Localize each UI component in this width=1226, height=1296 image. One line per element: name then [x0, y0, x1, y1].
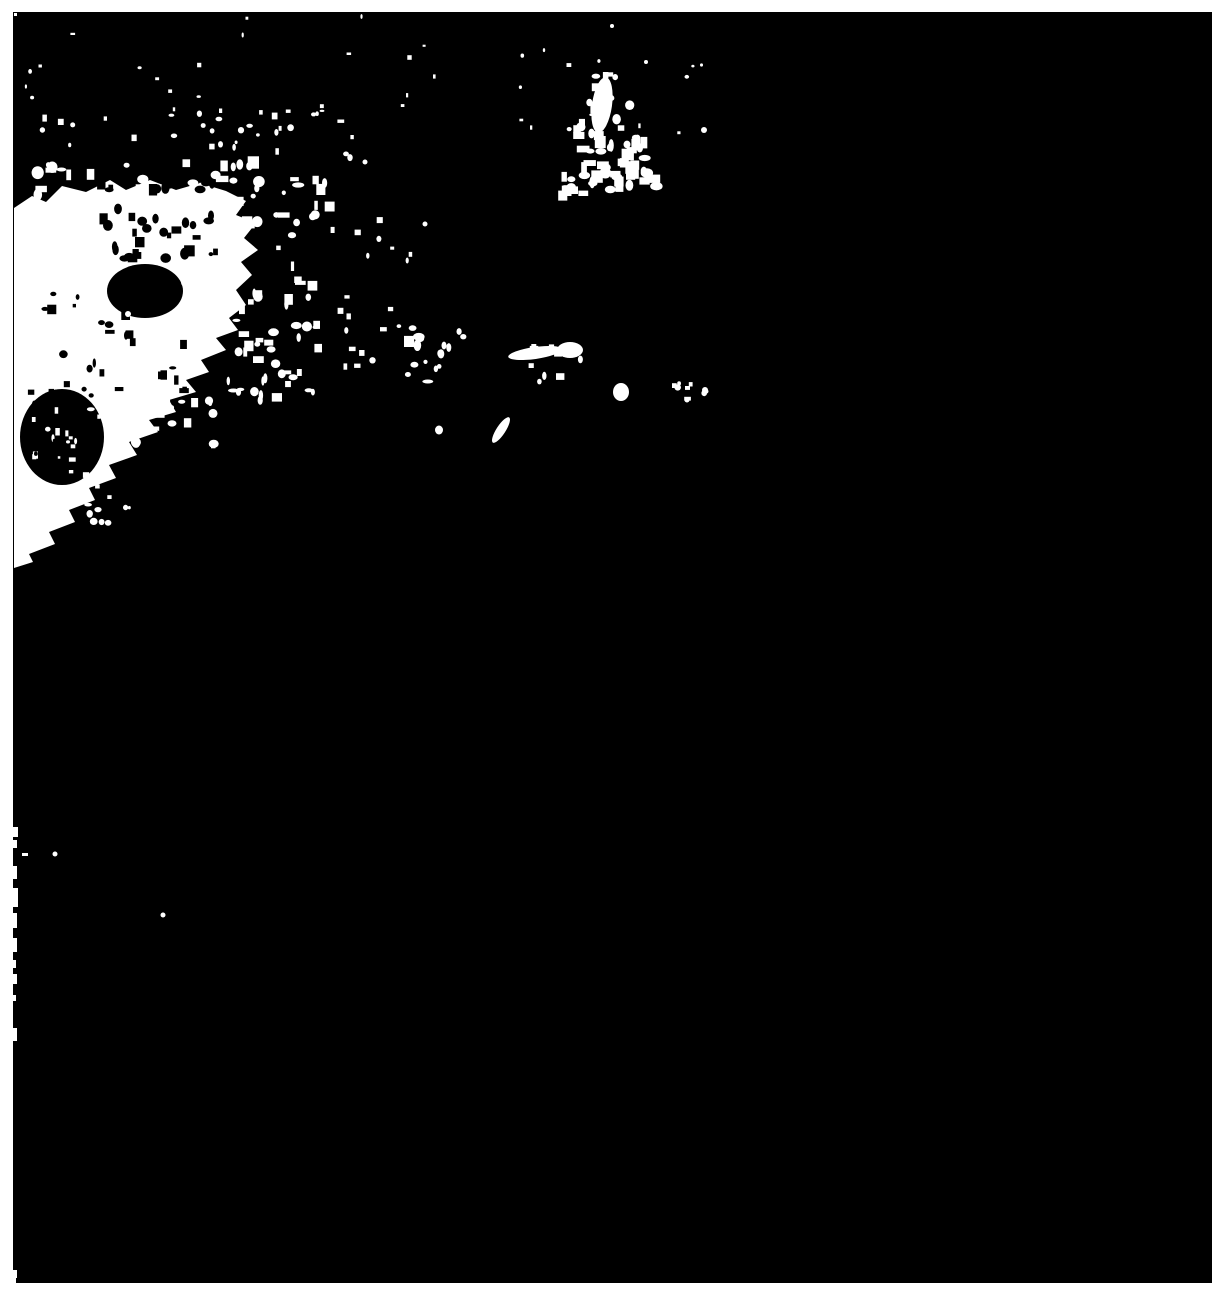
ear-band-base: [600, 168, 612, 179]
ear-band-base: [626, 170, 635, 180]
top-speckle-band: [40, 127, 45, 132]
cheek-cluster-ragged: [28, 390, 34, 395]
fur-fringe-inner: [258, 396, 263, 405]
top-speckle-band: [256, 133, 260, 136]
ear-band-3: [639, 155, 651, 161]
muzzle-left-cluster: [457, 328, 462, 335]
ear-band-3: [595, 136, 606, 148]
ear-fringe-speckle: [597, 59, 600, 63]
below-face-fringe-b: [107, 495, 111, 499]
below-face-fringe-b: [46, 510, 51, 513]
ear-band-2: [588, 129, 594, 139]
whisker-dot: [435, 426, 443, 435]
fur-holes-upper: [160, 253, 171, 263]
fur-fringe-outer: [349, 347, 356, 351]
fur-holes-lower: [59, 350, 68, 358]
below-face-fringe-a: [117, 429, 122, 435]
fur-fringe-inner: [313, 321, 320, 329]
left-frame-nibs: [13, 913, 17, 928]
mottle-band: [124, 163, 130, 168]
fur-fringe-inner: [271, 359, 280, 368]
muzzle-left-cluster: [460, 334, 466, 339]
cheek-cluster-specks: [69, 470, 73, 473]
muzzle-left-cluster: [437, 364, 442, 369]
below-face-fringe-b: [128, 506, 131, 509]
mottle-band: [146, 205, 154, 211]
cheek-cluster-specks: [69, 436, 73, 439]
fur-fringe-inner: [255, 294, 263, 300]
fur-fringe-inner: [311, 210, 320, 219]
top-sparse-speckle: [423, 45, 426, 47]
below-face-fringe-a: [209, 440, 219, 448]
below-face-fringe-b: [39, 500, 46, 506]
top-speckle-band: [275, 148, 279, 155]
top-speckle-band: [201, 123, 206, 128]
below-face-fringe-a: [118, 398, 125, 406]
fur-holes-upper: [172, 226, 182, 233]
left-edge-trail: [26, 493, 30, 495]
muzzle-left-cluster: [422, 380, 433, 384]
fur-holes-lower: [87, 365, 93, 373]
fur-fringe-outer: [397, 324, 402, 328]
cheek-cluster-specks: [97, 415, 100, 419]
top-speckle-band: [272, 113, 278, 120]
mottle-band: [290, 177, 299, 181]
top-speckle-band: [279, 126, 282, 131]
left-frame-nibs: [13, 995, 16, 1001]
top-sparse-speckle: [39, 65, 42, 68]
top-sparse-speckle: [30, 96, 34, 100]
eye-lower-glint: [125, 311, 131, 317]
ear-band-2: [612, 114, 621, 124]
ear-fringe-speckle: [589, 114, 593, 116]
cheek-cluster-ragged: [53, 439, 56, 443]
ear-fringe-speckle: [543, 48, 545, 52]
fur-holes-lower: [169, 366, 176, 369]
cheek-cluster-ragged: [49, 389, 54, 393]
top-speckle-band: [218, 141, 223, 147]
eye-edge-glint: [181, 277, 189, 287]
fur-fringe-outer: [390, 247, 394, 250]
fur-fringe-inner: [267, 346, 276, 352]
mottle-band: [66, 170, 71, 181]
fur-holes-upper: [199, 188, 206, 192]
mottle-band: [32, 166, 44, 179]
mottle-band: [278, 212, 290, 217]
isolated-specks: [423, 222, 428, 227]
fur-holes-upper: [184, 245, 195, 256]
ear-band-2: [576, 122, 585, 131]
fur-holes-upper: [208, 211, 214, 221]
below-face-fringe-a: [124, 410, 133, 419]
fur-holes-upper: [119, 255, 129, 261]
cheek-cluster-specks: [69, 457, 76, 461]
top-sparse-speckle: [320, 104, 324, 108]
fur-holes-upper: [164, 184, 174, 188]
mottle-band: [220, 161, 227, 172]
ear-band-3: [624, 141, 631, 149]
ear-fringe-speckle: [519, 119, 523, 122]
cheek-cluster-specks: [55, 428, 60, 436]
top-speckle-band: [169, 114, 175, 117]
left-frame-nibs: [13, 960, 16, 968]
fur-fringe-outer: [354, 364, 360, 368]
top-speckle-band: [197, 111, 202, 117]
fur-holes-upper: [152, 214, 158, 224]
below-face-fringe-b: [87, 510, 93, 518]
ear-fringe-speckle: [685, 75, 690, 79]
mottle-band: [155, 200, 160, 209]
fur-fringe-inner: [314, 344, 322, 353]
fur-fringe-inner: [306, 294, 312, 301]
muzzle-right-cluster: [689, 382, 693, 386]
cheek-cluster-ragged: [45, 472, 49, 476]
below-face-fringe-a: [168, 420, 177, 426]
ear-fringe-speckle: [519, 85, 522, 89]
fur-holes-lower: [180, 340, 187, 349]
muzzle-center-specks: [556, 373, 564, 380]
top-speckle-band: [315, 111, 318, 116]
top-speckle-band: [171, 134, 177, 139]
left-frame-nibs: [13, 840, 17, 848]
ear-right-dot: [701, 127, 707, 133]
fur-fringe-outer: [377, 217, 383, 223]
below-face-fringe-a: [208, 400, 212, 406]
cheek-cluster-specks: [45, 427, 51, 432]
top-speckle-band: [232, 144, 236, 151]
ear-band-base: [567, 183, 576, 191]
ear-band-base: [588, 180, 597, 186]
fur-fringe-inner: [308, 281, 318, 291]
muzzle-center-specks: [529, 363, 534, 368]
mottle-band: [203, 200, 214, 209]
mottle-band: [46, 168, 57, 173]
mottle-band: [214, 199, 219, 204]
fur-holes-lower: [50, 292, 56, 296]
fur-fringe-inner: [311, 389, 315, 396]
mottle-band: [190, 182, 197, 187]
fur-fringe-inner: [284, 294, 293, 305]
top-sparse-speckle: [25, 84, 27, 88]
mottle-band: [57, 168, 67, 172]
muzzle-center-specks: [537, 379, 542, 385]
fur-fringe-inner: [288, 232, 296, 238]
fur-holes-lower: [64, 381, 70, 387]
ear-band-2: [618, 125, 625, 131]
fur-fringe-outer: [359, 350, 364, 356]
mottle-band: [67, 209, 76, 217]
below-face-fringe-b: [95, 485, 100, 489]
fur-holes-upper: [171, 168, 177, 179]
mottle-band: [254, 185, 259, 193]
fur-holes-lower: [130, 338, 136, 346]
below-face-fringe-a: [209, 409, 218, 418]
fur-fringe-inner: [273, 212, 279, 218]
ear-fringe-speckle: [638, 123, 640, 128]
fur-fringe-inner: [248, 299, 254, 304]
top-sparse-speckle: [320, 110, 325, 112]
fur-fringe-inner: [276, 246, 281, 251]
cheek-cluster-specks: [32, 417, 36, 422]
fur-holes-lower: [182, 387, 187, 393]
ear-band-base: [567, 176, 575, 182]
ear-fringe-speckle: [691, 65, 694, 68]
ear-band-3: [581, 162, 587, 173]
fur-fringe-inner: [250, 387, 259, 396]
left-frame-nibs: [14, 13, 17, 16]
top-sparse-speckle: [401, 104, 405, 107]
fur-holes-upper: [149, 184, 157, 196]
below-face-fringe-a: [184, 418, 191, 427]
top-sparse-speckle: [246, 17, 249, 20]
mottle-band: [282, 191, 286, 196]
cheek-cluster-ragged: [34, 452, 38, 456]
top-sparse-speckle: [168, 89, 172, 93]
fur-holes-lower: [100, 369, 105, 376]
fur-fringe-inner: [314, 201, 318, 210]
fur-holes-lower: [126, 330, 134, 338]
muzzle-left-cluster: [409, 325, 417, 331]
fur-fringe-inner: [289, 374, 298, 380]
cheek-cluster-ragged: [74, 397, 79, 403]
below-face-fringe-a: [103, 391, 113, 397]
isolated-specks: [610, 24, 614, 28]
fur-fringe-inner: [242, 216, 252, 222]
muzzle-left-cluster: [446, 343, 451, 352]
fur-fringe-outer: [409, 252, 413, 257]
mottle-band: [58, 216, 63, 223]
muzzle-left-cluster: [442, 342, 447, 350]
mottle-band: [325, 202, 335, 212]
mottle-band: [136, 184, 148, 197]
mottle-band: [181, 198, 190, 203]
below-face-fringe-a: [152, 427, 159, 431]
fur-holes-upper: [182, 217, 189, 228]
below-face-fringe-b: [39, 493, 45, 500]
fur-fringe-inner: [228, 210, 234, 216]
mottle-band: [231, 163, 236, 172]
top-sparse-speckle: [360, 14, 362, 19]
fur-holes-upper: [135, 237, 145, 247]
fur-fringe-inner: [302, 322, 312, 332]
fur-fringe-outer: [344, 295, 349, 298]
ear-fringe-speckle: [521, 54, 525, 58]
fur-fringe-inner: [291, 262, 294, 272]
isolated-specks: [685, 398, 690, 403]
top-speckle-band: [287, 124, 294, 131]
fur-fringe-inner: [235, 233, 238, 237]
top-sparse-speckle: [155, 77, 159, 80]
top-speckle-band: [70, 122, 75, 127]
ear-band-base: [578, 191, 588, 196]
left-edge-trail: [21, 533, 23, 538]
ear-fringe-speckle: [530, 125, 532, 129]
fur-holes-upper: [167, 233, 171, 239]
fur-fringe-inner: [239, 331, 249, 337]
fur-fringe-inner: [252, 216, 263, 227]
below-face-fringe-b: [105, 520, 112, 526]
top-sparse-speckle: [219, 109, 222, 114]
cheek-cluster-ragged: [32, 401, 37, 410]
ear-band-base: [650, 182, 662, 190]
ear-fringe-speckle: [677, 131, 680, 134]
below-face-fringe-a: [107, 437, 111, 445]
below-face-fringe-a: [132, 441, 140, 448]
below-face-fringe-a: [163, 397, 170, 403]
mottle-band: [137, 175, 148, 184]
cheek-cluster-ragged: [58, 396, 62, 400]
fur-holes-lower: [105, 330, 115, 334]
top-sparse-speckle: [70, 33, 75, 35]
top-sparse-speckle: [173, 107, 175, 111]
fur-holes-lower: [98, 320, 105, 325]
below-face-fringe-b: [84, 503, 92, 507]
mottle-band: [316, 184, 325, 195]
left-frame-nibs: [13, 1278, 16, 1283]
ear-band-base: [605, 186, 616, 193]
top-speckle-band: [259, 110, 263, 115]
top-speckle-band: [347, 154, 352, 161]
fur-fringe-inner: [256, 338, 264, 343]
ear-band-apex: [592, 74, 601, 79]
below-face-fringe-a: [191, 398, 198, 407]
fur-holes-lower: [105, 321, 114, 328]
top-speckle-band: [210, 128, 215, 133]
mottle-band: [216, 176, 229, 182]
muzzle-center-specks: [530, 346, 539, 355]
fur-fringe-outer: [366, 253, 369, 259]
fur-holes-upper: [105, 187, 114, 192]
fur-holes-upper: [114, 204, 122, 215]
muzzle-left-cluster: [437, 350, 442, 357]
top-sparse-speckle: [197, 63, 201, 68]
fur-fringe-inner: [297, 333, 301, 342]
left-edge-trail: [30, 527, 34, 532]
left-frame-nibs: [13, 1028, 17, 1041]
ear-band-3: [595, 148, 606, 155]
fur-fringe-inner: [291, 322, 302, 329]
mottle-band: [253, 176, 265, 187]
mottle-band: [87, 169, 95, 180]
left-edge-trail: [29, 538, 33, 542]
top-speckle-band: [132, 135, 137, 142]
left-edge-trail: [23, 540, 27, 542]
left-edge-trail: [18, 515, 22, 520]
top-sparse-speckle: [286, 110, 291, 113]
fur-fringe-inner: [297, 369, 302, 376]
isolated-specks: [161, 913, 166, 918]
left-frame-nibs: [13, 974, 17, 984]
fur-fringe-inner: [230, 202, 237, 206]
isolated-specks: [53, 852, 58, 857]
nose-highlight-blob: [613, 383, 629, 401]
below-face-fringe-b: [99, 519, 105, 525]
fur-fringe-outer: [380, 327, 387, 331]
ear-band-base: [641, 167, 647, 176]
fur-fringe-inner: [263, 373, 267, 383]
top-speckle-band: [238, 127, 244, 133]
ear-band-base: [626, 180, 634, 191]
fur-fringe-outer: [347, 313, 351, 319]
muzzle-center-specks: [542, 372, 546, 380]
isolated-specks: [644, 60, 648, 64]
fur-fringe-outer: [388, 307, 393, 311]
fur-fringe-inner: [283, 370, 292, 374]
mottle-band: [229, 178, 237, 184]
below-face-fringe-a: [170, 405, 174, 410]
mottle-band: [251, 194, 256, 199]
fur-holes-upper: [159, 228, 168, 237]
mottle-band: [88, 217, 97, 226]
left-frame-nibs: [13, 888, 18, 907]
top-sparse-speckle: [433, 74, 436, 78]
left-edge-trail: [24, 501, 28, 504]
fur-fringe-inner: [272, 393, 282, 402]
top-sparse-speckle: [407, 55, 411, 60]
fur-fringe-outer: [406, 258, 409, 264]
ear-band-apex: [612, 74, 618, 80]
below-face-fringe-b: [60, 496, 65, 501]
cheek-cluster-specks: [55, 407, 59, 414]
fur-fringe-inner: [295, 281, 306, 285]
cheek-cluster-specks: [87, 407, 95, 411]
below-face-fringe-a: [125, 404, 130, 411]
below-face-fringe-a: [178, 400, 185, 404]
fur-fringe-inner: [253, 356, 264, 363]
fur-fringe-outer: [344, 327, 348, 334]
fur-fringe-inner: [264, 340, 273, 346]
page: [0, 0, 1226, 1296]
fur-holes-lower: [41, 307, 48, 311]
ear-band-2: [573, 132, 584, 139]
below-face-fringe-a: [139, 405, 147, 409]
isolated-specks: [702, 387, 708, 393]
cheek-cluster-ragged: [82, 387, 87, 392]
mottle-band: [183, 159, 191, 167]
ear-band-base: [562, 172, 567, 182]
ear-band-3: [577, 146, 590, 153]
fur-fringe-outer: [376, 236, 381, 242]
below-face-fringe-b: [90, 518, 98, 525]
left-edge-trail: [20, 558, 23, 560]
cheek-cluster-ragged: [51, 395, 57, 402]
fur-fringe-inner: [227, 377, 230, 386]
mottle-band: [35, 186, 47, 192]
mottle-band: [31, 205, 39, 212]
fur-fringe-outer: [344, 363, 348, 369]
fur-holes-lower: [174, 375, 178, 384]
fur-fringe-inner: [268, 328, 279, 336]
fur-holes-upper: [178, 177, 189, 181]
muzzle-center-specks: [549, 344, 554, 349]
top-sparse-speckle: [242, 33, 244, 38]
top-sparse-speckle: [138, 66, 142, 69]
mottle-band: [90, 200, 98, 205]
below-face-fringe-a: [156, 410, 165, 418]
fur-fringe-inner: [240, 272, 246, 282]
fur-fringe-inner: [239, 304, 245, 315]
muzzle-right-cluster: [685, 386, 690, 390]
fur-holes-lower: [76, 294, 80, 300]
fur-fringe-outer: [338, 308, 344, 314]
top-sparse-speckle: [197, 95, 201, 98]
cheek-cluster-specks: [65, 430, 68, 436]
cheek-cluster-ragged: [53, 390, 61, 394]
mottle-band: [77, 196, 82, 207]
below-face-fringe-a: [144, 393, 150, 399]
top-sparse-speckle: [28, 69, 32, 74]
fur-holes-lower: [93, 358, 96, 367]
